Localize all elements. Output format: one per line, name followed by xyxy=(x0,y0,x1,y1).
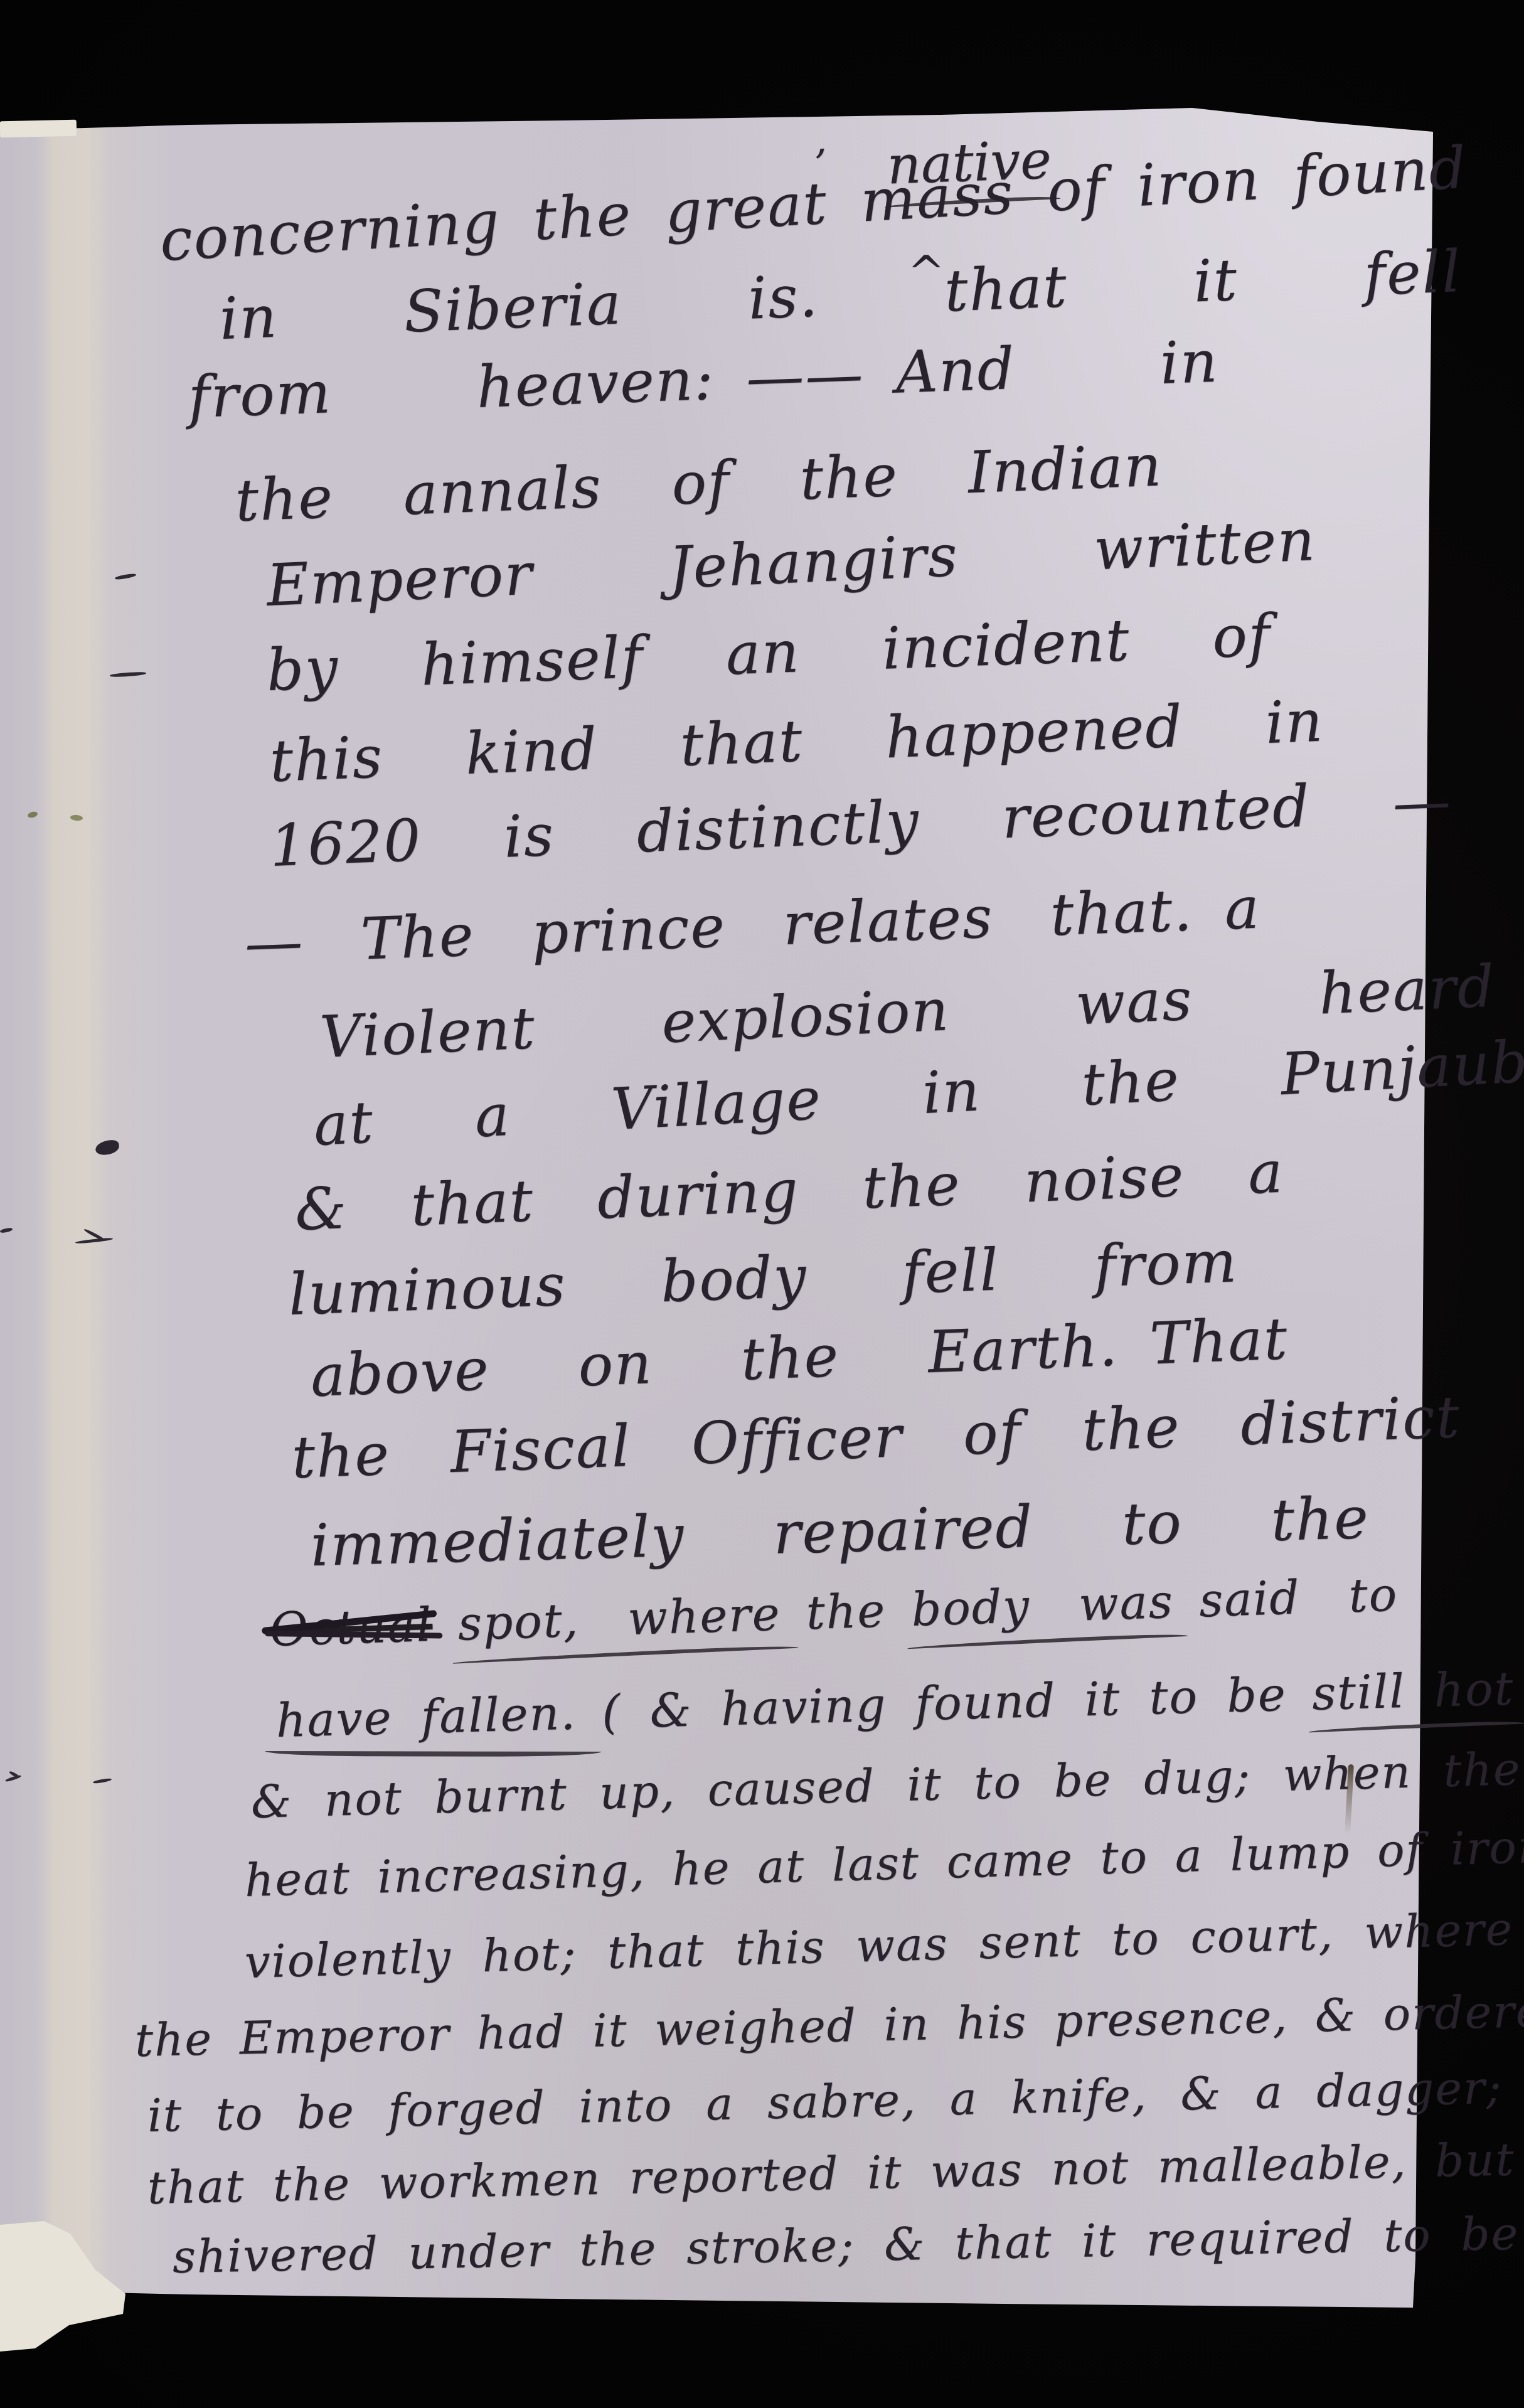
text-segment: above on the Earth. xyxy=(309,1312,1119,1410)
text-segment-underline: body was xyxy=(910,1575,1175,1637)
text-segment: said to xyxy=(1198,1568,1399,1628)
text-segment: immediately repaired to the xyxy=(310,1484,1370,1579)
text-segment: the xyxy=(806,1584,887,1640)
text-segment: — The prince relates that. xyxy=(243,876,1194,977)
text-segment: it to be forged into a sabre, a knife, &… xyxy=(147,2061,1503,2142)
text-segment: concerning the great mass of xyxy=(158,154,1107,274)
text-segment: shivered under the stroke; & that it req… xyxy=(172,2207,1520,2283)
photo-stage: ’native ^ concerning the great mass ofir… xyxy=(0,0,1524,2408)
text-segment: —— xyxy=(745,340,865,411)
text-segment: ( & having found it to be xyxy=(601,1668,1287,1740)
manuscript-line: have fallen.( & having found it to besti… xyxy=(275,1661,1515,1748)
text-segment-scribble: Octual xyxy=(269,1598,434,1657)
text-segment-underline: spot, where xyxy=(457,1587,781,1651)
text-segment-underline: still hot xyxy=(1311,1661,1515,1720)
text-segment: violently hot; that this was sent to cou… xyxy=(244,1902,1514,1988)
text-segment: by himself an incident of xyxy=(265,602,1272,704)
manuscript-line: by himself an incident of xyxy=(265,602,1272,704)
text-segment: & that during the noise a xyxy=(294,1138,1285,1243)
manuscript-line: that the workmen reported it was not mal… xyxy=(147,2133,1515,2214)
text-segment: that the workmen reported it was not mal… xyxy=(147,2133,1515,2214)
manuscript-line: the Emperor had it weighed in his presen… xyxy=(134,1984,1524,2067)
manuscript-line: — The prince relates that.a xyxy=(243,875,1261,977)
manuscript-line: shivered under the stroke; & that it req… xyxy=(172,2207,1520,2283)
manuscript-line: violently hot; that this was sent to cou… xyxy=(244,1902,1514,1988)
manuscript-line: it to be forged into a sabre, a knife, &… xyxy=(147,2061,1503,2142)
manuscript-line: & that during the noise a xyxy=(294,1138,1285,1243)
text-segment: heat increasing, he at last came to a lu… xyxy=(244,1820,1524,1907)
text-segment: the Emperor had it weighed in his presen… xyxy=(134,1984,1524,2067)
manuscript-line: heat increasing, he at last came to a lu… xyxy=(244,1820,1524,1907)
text-segment: iron found xyxy=(1136,134,1469,220)
text-segment: a xyxy=(1223,875,1262,943)
manuscript-line: immediately repaired to the xyxy=(310,1484,1370,1579)
text-segment: That xyxy=(1149,1305,1289,1377)
manuscript-line: Octualspot, wherethebody wassaid to xyxy=(269,1568,1399,1657)
text-segment: from heaven: xyxy=(187,346,715,431)
text-segment-underline-wavy: have fallen. xyxy=(275,1686,577,1748)
manuscript-text: concerning the great mass ofiron foundin… xyxy=(0,0,1524,2408)
text-segment: And in xyxy=(895,328,1220,407)
